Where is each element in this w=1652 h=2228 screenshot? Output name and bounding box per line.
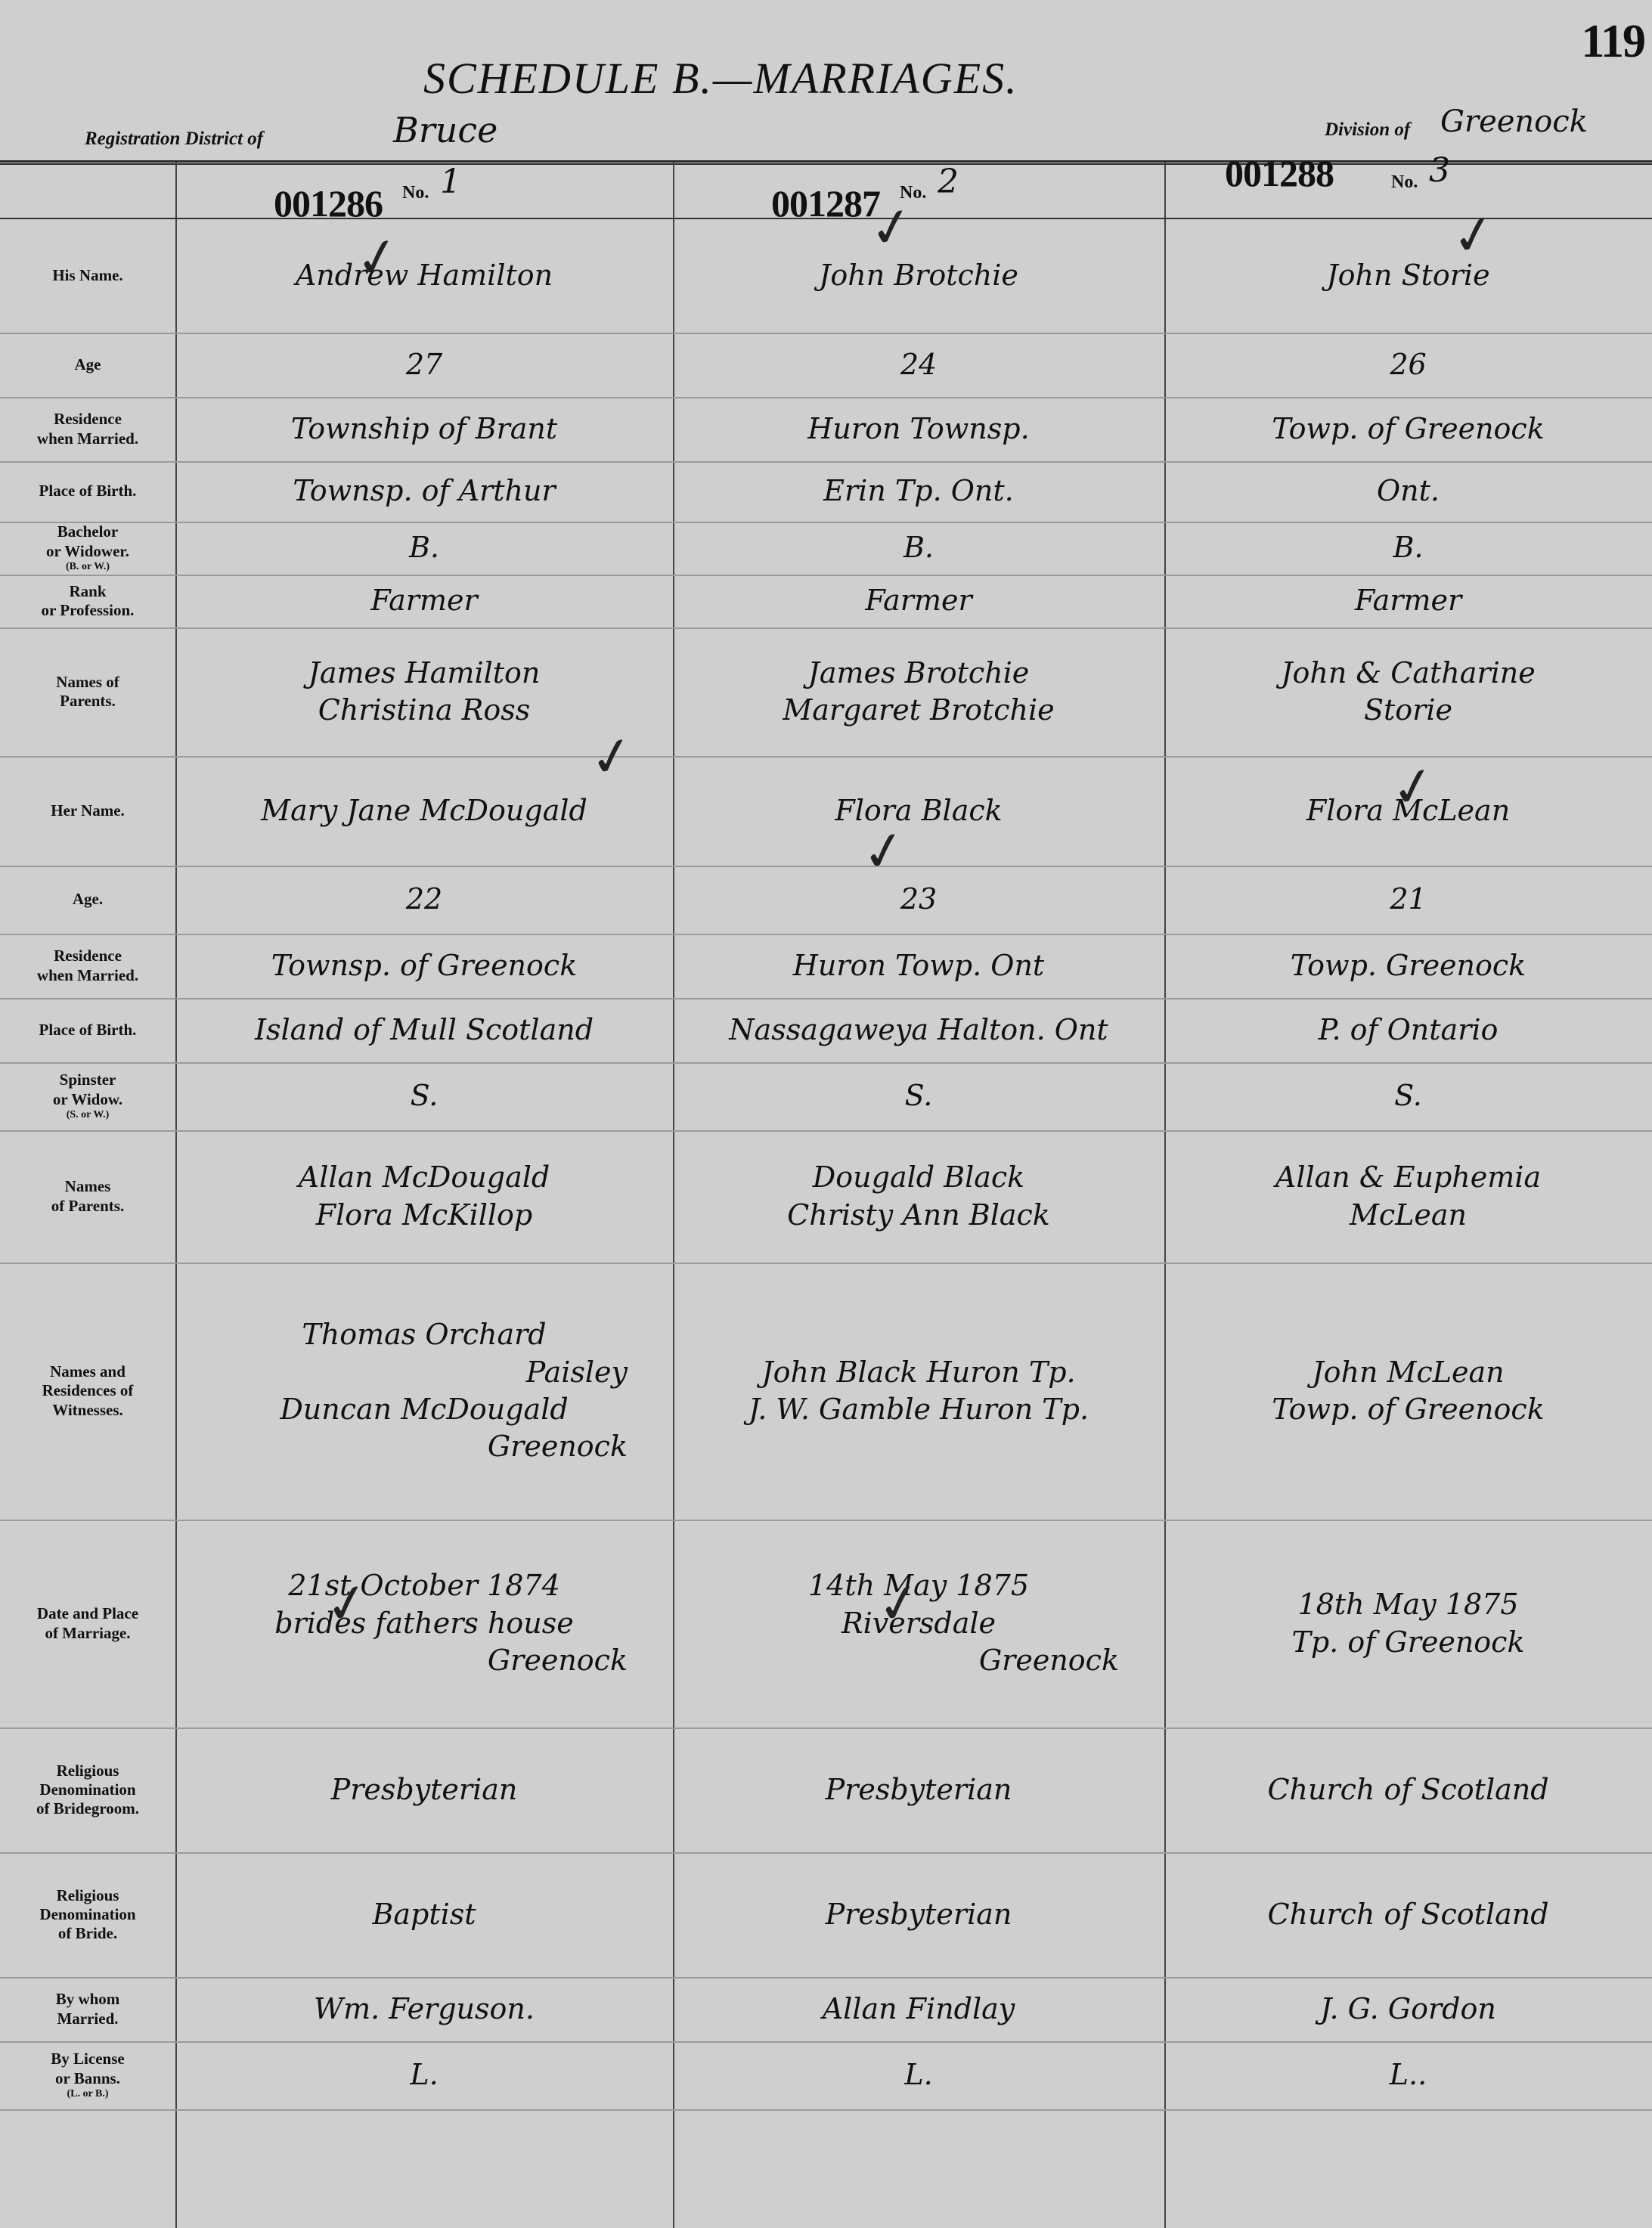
row-divider xyxy=(0,2109,1652,2111)
record-3-married-by: J. G. Gordon xyxy=(1164,1977,1652,2041)
handwritten-entry: Greenock xyxy=(488,1642,628,1679)
handwritten-entry: James Brotchie xyxy=(808,655,1030,692)
record-2-witnesses: John Black Huron Tp.J. W. Gamble Huron T… xyxy=(673,1263,1164,1520)
handwritten-entry: Townsp. of Arthur xyxy=(293,473,555,510)
row-label-text: or Banns. xyxy=(55,2069,120,2088)
division-label: Division of xyxy=(1325,119,1410,141)
handwritten-entry: Township of Brant xyxy=(291,411,557,448)
handwritten-entry: Wm. Ferguson. xyxy=(314,1991,535,2028)
record-3-denomination-bride: Church of Scotland xyxy=(1164,1852,1652,1977)
row-label-text: Her Name. xyxy=(51,801,125,820)
row-label-text: Religious xyxy=(57,1886,119,1905)
record-1-profession: Farmer xyxy=(175,575,673,627)
record-1-her-parents: Allan McDougaldFlora McKillop xyxy=(175,1130,673,1263)
handwritten-entry: Church of Scotland xyxy=(1267,1771,1548,1808)
entry-number: 2 xyxy=(938,163,959,201)
record-2-married-by: Allan Findlay xyxy=(673,1977,1164,2041)
handwritten-entry: Mary Jane McDougald xyxy=(261,792,587,829)
handwritten-entry: S. xyxy=(1394,1077,1422,1114)
entry-number-label: No. xyxy=(402,183,429,203)
handwritten-entry: B. xyxy=(903,529,934,566)
row-label-bachelor-or-widower: Bacheloror Widower.(B. or W.) xyxy=(0,522,175,575)
handwritten-entry: 27 xyxy=(406,346,442,383)
row-label-text: Age. xyxy=(73,890,103,909)
handwritten-entry: Presbyterian xyxy=(826,1771,1012,1808)
record-2-her-residence: Huron Towp. Ont xyxy=(673,934,1164,998)
registration-district-value: Bruce xyxy=(393,110,497,150)
row-label-her-birthplace: Place of Birth. xyxy=(0,998,175,1062)
row-label-text: Residence xyxy=(54,410,122,429)
register-number: 001288 xyxy=(1225,151,1334,195)
record-3-license-or-banns: L.. xyxy=(1164,2041,1652,2109)
record-1-date-place: 21st October 1874brides fathers houseGre… xyxy=(175,1520,673,1728)
record-1-his-residence: Township of Brant xyxy=(175,397,673,461)
row-label-text: when Married. xyxy=(37,429,138,448)
row-label-text: of Marriage. xyxy=(45,1624,130,1643)
handwritten-entry: McLean xyxy=(1350,1197,1467,1234)
handwritten-entry: Allan McDougald xyxy=(299,1159,550,1196)
handwritten-entry: Andrew Hamilton xyxy=(296,257,553,294)
entry-number-label: No. xyxy=(1391,172,1418,193)
header-rule xyxy=(0,160,1652,165)
row-label-her-name: Her Name. xyxy=(0,756,175,866)
record-2-his-name: John Brotchie xyxy=(673,219,1164,333)
record-2-his-birthplace: Erin Tp. Ont. xyxy=(673,461,1164,522)
handwritten-entry: B. xyxy=(409,529,439,566)
row-label-subtext: (B. or W.) xyxy=(66,561,110,574)
record-2-his-parents: James BrotchieMargaret Brotchie xyxy=(673,627,1164,756)
row-label-witnesses: Names andResidences ofWitnesses. xyxy=(0,1263,175,1520)
handwritten-entry: L. xyxy=(410,2056,438,2093)
handwritten-entry: John Brotchie xyxy=(819,257,1018,294)
row-label-his-parents: Names ofParents. xyxy=(0,627,175,756)
record-1-spinster-or-widow: S. xyxy=(175,1062,673,1130)
handwritten-entry: 18th May 1875 xyxy=(1298,1586,1519,1623)
page-number: 119 xyxy=(1581,15,1644,69)
handwritten-entry: Townsp. of Greenock xyxy=(271,947,577,984)
handwritten-entry: John Black Huron Tp. xyxy=(761,1354,1075,1391)
division-value: Greenock xyxy=(1440,104,1588,139)
row-label-text: Age xyxy=(75,355,101,374)
handwritten-entry: Tp. of Greenock xyxy=(1291,1624,1524,1661)
record-1-his-age: 27 xyxy=(175,333,673,397)
handwritten-entry: 26 xyxy=(1390,346,1426,383)
record-1-his-birthplace: Townsp. of Arthur xyxy=(175,461,673,522)
handwritten-entry: Church of Scotland xyxy=(1267,1896,1548,1933)
record-2-license-or-banns: L. xyxy=(673,2041,1164,2109)
record-1-married-by: Wm. Ferguson. xyxy=(175,1977,673,2041)
row-label-subtext: (L. or B.) xyxy=(67,2088,109,2101)
row-label-text: His Name. xyxy=(52,266,122,285)
handwritten-entry: Greenock xyxy=(488,1428,628,1465)
record-3-profession: Farmer xyxy=(1164,575,1652,627)
row-label-text: when Married. xyxy=(37,966,138,985)
row-label-text: Date and Place xyxy=(37,1604,138,1623)
record-2-his-residence: Huron Townsp. xyxy=(673,397,1164,461)
row-label-text: Parents. xyxy=(60,692,116,711)
handwritten-entry: Farmer xyxy=(370,582,477,619)
handwritten-entry: Towp. of Greenock xyxy=(1272,411,1544,448)
record-2-her-name: Flora Black xyxy=(673,756,1164,866)
record-2-his-age: 24 xyxy=(673,333,1164,397)
record-3-denomination-groom: Church of Scotland xyxy=(1164,1728,1652,1852)
record-1-denomination-groom: Presbyterian xyxy=(175,1728,673,1852)
row-label-text: Names xyxy=(65,1177,111,1196)
handwritten-entry: James Hamilton xyxy=(308,655,541,692)
record-1-her-residence: Townsp. of Greenock xyxy=(175,934,673,998)
row-label-text: Rank xyxy=(69,582,106,601)
row-label-text: Religious xyxy=(57,1762,119,1780)
handwritten-entry: Presbyterian xyxy=(331,1771,518,1808)
row-label-married-by: By whomMarried. xyxy=(0,1977,175,2041)
handwritten-entry: Greenock xyxy=(979,1642,1119,1679)
row-label-text: Place of Birth. xyxy=(39,482,137,500)
record-3-his-parents: John & CatharineStorie xyxy=(1164,627,1652,756)
record-2-her-age: 23 xyxy=(673,866,1164,934)
record-3-bachelor-or-widower: B. xyxy=(1164,522,1652,575)
record-1-his-name: Andrew Hamilton xyxy=(175,219,673,333)
record-2-denomination-bride: Presbyterian xyxy=(673,1852,1164,1977)
handwritten-entry: brides fathers house xyxy=(274,1605,574,1642)
record-3-date-place: 18th May 1875Tp. of Greenock xyxy=(1164,1520,1652,1728)
handwritten-entry: 21 xyxy=(1390,881,1426,918)
handwritten-entry: Towp. of Greenock xyxy=(1272,1391,1544,1428)
row-label-text: Place of Birth. xyxy=(39,1021,137,1040)
row-label-text: or Widow. xyxy=(53,1090,122,1109)
row-label-text: or Profession. xyxy=(42,601,135,620)
row-label-license-or-banns: By Licenseor Banns.(L. or B.) xyxy=(0,2041,175,2109)
handwritten-entry: S. xyxy=(411,1077,439,1114)
record-2-denomination-groom: Presbyterian xyxy=(673,1728,1164,1852)
row-label-text: of Bridegroom. xyxy=(36,1799,139,1818)
record-1-bachelor-or-widower: B. xyxy=(175,522,673,575)
handwritten-entry: Island of Mull Scotland xyxy=(255,1012,594,1049)
record-3-his-birthplace: Ont. xyxy=(1164,461,1652,522)
row-label-denomination-groom: ReligiousDenominationof Bridegroom. xyxy=(0,1728,175,1852)
handwritten-entry: Duncan McDougald xyxy=(280,1391,568,1428)
record-2-her-parents: Dougald BlackChristy Ann Black xyxy=(673,1130,1164,1263)
row-label-text: Residence xyxy=(54,947,122,965)
record-3-her-birthplace: P. of Ontario xyxy=(1164,998,1652,1062)
record-1-her-birthplace: Island of Mull Scotland xyxy=(175,998,673,1062)
record-3-his-residence: Towp. of Greenock xyxy=(1164,397,1652,461)
row-label-text: or Widower. xyxy=(46,542,129,561)
record-2-her-birthplace: Nassagaweya Halton. Ont xyxy=(673,998,1164,1062)
handwritten-entry: Erin Tp. Ont. xyxy=(823,473,1013,510)
entry-number: 1 xyxy=(440,163,461,201)
record-1-license-or-banns: L. xyxy=(175,2041,673,2109)
handwritten-entry: Allan Findlay xyxy=(823,1991,1015,2028)
handwritten-entry: Farmer xyxy=(1355,582,1461,619)
handwritten-entry: Paisley xyxy=(526,1354,628,1391)
handwritten-entry: Christy Ann Black xyxy=(787,1197,1050,1234)
record-3-witnesses: John McLeanTowp. of Greenock xyxy=(1164,1263,1652,1520)
handwritten-entry: L. xyxy=(904,2056,932,2093)
handwritten-entry: Presbyterian xyxy=(826,1896,1012,1933)
row-label-text: Bachelor xyxy=(57,522,118,541)
handwritten-entry: J. W. Gamble Huron Tp. xyxy=(749,1391,1089,1428)
entry-number: 3 xyxy=(1429,151,1450,190)
row-label-text: of Bride. xyxy=(58,1924,117,1943)
record-2-spinster-or-widow: S. xyxy=(673,1062,1164,1130)
row-label-his-name: His Name. xyxy=(0,219,175,333)
record-3-her-parents: Allan & EuphemiaMcLean xyxy=(1164,1130,1652,1263)
record-1-witnesses: Thomas OrchardPaisleyDuncan McDougaldGre… xyxy=(175,1263,673,1520)
handwritten-entry: Christina Ross xyxy=(318,692,531,729)
handwritten-entry: Ont. xyxy=(1377,473,1440,510)
row-label-her-residence: Residencewhen Married. xyxy=(0,934,175,998)
handwritten-entry: John McLean xyxy=(1312,1354,1504,1391)
row-label-his-residence: Residencewhen Married. xyxy=(0,397,175,461)
row-label-his-age: Age xyxy=(0,333,175,397)
handwritten-entry: P. of Ontario xyxy=(1319,1012,1499,1049)
record-3-his-age: 26 xyxy=(1164,333,1652,397)
page-title: SCHEDULE B.—MARRIAGES. xyxy=(423,53,1018,104)
record-2-profession: Farmer xyxy=(673,575,1164,627)
handwritten-entry: J. G. Gordon xyxy=(1320,1991,1496,2028)
handwritten-entry: Farmer xyxy=(865,582,972,619)
row-label-denomination-bride: ReligiousDenominationof Bride. xyxy=(0,1852,175,1977)
handwritten-entry: Towp. Greenock xyxy=(1291,947,1526,984)
row-label-text: Married. xyxy=(57,2010,118,2028)
record-3-her-residence: Towp. Greenock xyxy=(1164,934,1652,998)
handwritten-entry: 22 xyxy=(406,881,442,918)
record-3-his-name: John Storie xyxy=(1164,219,1652,333)
handwritten-entry: Dougald Black xyxy=(813,1159,1024,1196)
row-label-text: Witnesses. xyxy=(52,1401,123,1420)
handwritten-entry: Huron Townsp. xyxy=(807,411,1029,448)
row-label-her-age: Age. xyxy=(0,866,175,934)
handwritten-entry: Storie xyxy=(1364,692,1452,729)
row-label-text: Denomination xyxy=(39,1780,135,1799)
handwritten-entry: 23 xyxy=(900,881,937,918)
row-label-spinster-or-widow: Spinsteror Widow.(S. or W.) xyxy=(0,1062,175,1130)
handwritten-entry: Huron Towp. Ont xyxy=(793,947,1044,984)
handwritten-entry: Margaret Brotchie xyxy=(783,692,1054,729)
registration-district-label: Registration District of xyxy=(85,129,263,150)
handwritten-entry: S. xyxy=(905,1077,933,1114)
row-label-text: Names and xyxy=(50,1362,126,1381)
row-label-text: Spinster xyxy=(60,1071,116,1089)
handwritten-entry: Allan & Euphemia xyxy=(1275,1159,1541,1196)
row-label-text: of Parents. xyxy=(51,1197,124,1216)
handwritten-entry: Flora McKillop xyxy=(316,1197,533,1234)
row-label-text: By whom xyxy=(56,1990,120,2009)
handwritten-entry: 24 xyxy=(900,346,937,383)
row-label-date-place: Date and Placeof Marriage. xyxy=(0,1520,175,1728)
record-2-bachelor-or-widower: B. xyxy=(673,522,1164,575)
handwritten-entry: Nassagaweya Halton. Ont xyxy=(729,1012,1108,1049)
row-label-profession: Rankor Profession. xyxy=(0,575,175,627)
record-3-spinster-or-widow: S. xyxy=(1164,1062,1652,1130)
handwritten-entry: John & Catharine xyxy=(1281,655,1535,692)
record-1-denomination-bride: Baptist xyxy=(175,1852,673,1977)
handwritten-entry: Thomas Orchard xyxy=(302,1316,546,1353)
handwritten-entry: L.. xyxy=(1390,2056,1427,2093)
row-label-subtext: (S. or W.) xyxy=(67,1109,110,1122)
row-label-text: Residences of xyxy=(42,1381,134,1400)
handwritten-entry: Baptist xyxy=(372,1896,476,1933)
row-label-text: By License xyxy=(51,2050,124,2068)
row-label-her-parents: Namesof Parents. xyxy=(0,1130,175,1263)
row-label-text: Denomination xyxy=(39,1905,135,1924)
record-1-her-age: 22 xyxy=(175,866,673,934)
row-label-text: Names of xyxy=(56,673,119,692)
handwritten-entry: B. xyxy=(1393,529,1423,566)
row-label-his-birthplace: Place of Birth. xyxy=(0,461,175,522)
record-3-her-age: 21 xyxy=(1164,866,1652,934)
